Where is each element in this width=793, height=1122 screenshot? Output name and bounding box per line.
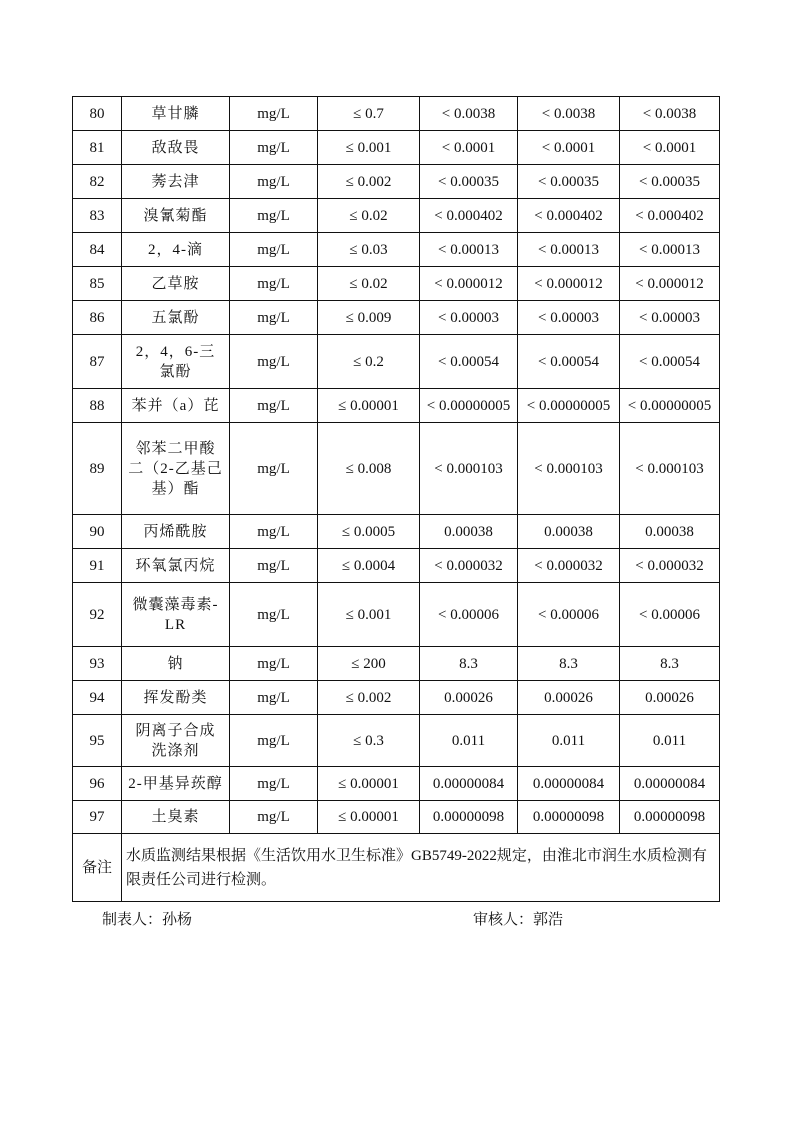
result-2: < 0.000402: [518, 199, 620, 233]
table-row: 83溴氰菊酯mg/L≤ 0.02< 0.000402< 0.000402< 0.…: [73, 199, 720, 233]
result-3: < 0.00035: [620, 165, 720, 199]
item-name: 2，4，6-三氯酚: [122, 335, 230, 389]
result-1: 0.00000084: [420, 767, 518, 801]
item-name: 阴离子合成洗涤剂: [122, 715, 230, 767]
item-name: 苯并（a）芘: [122, 389, 230, 423]
row-number: 86: [73, 301, 122, 335]
result-2: < 0.00054: [518, 335, 620, 389]
result-1: < 0.000103: [420, 423, 518, 515]
row-number: 94: [73, 681, 122, 715]
unit: mg/L: [230, 767, 318, 801]
remark-row: 备注 水质监测结果根据《生活饮用水卫生标准》GB5749-2022规定，由淮北市…: [73, 834, 720, 902]
result-2: < 0.00000005: [518, 389, 620, 423]
unit: mg/L: [230, 549, 318, 583]
unit: mg/L: [230, 267, 318, 301]
remark-label: 备注: [73, 834, 122, 902]
item-name: 敌敌畏: [122, 131, 230, 165]
result-2: < 0.00035: [518, 165, 620, 199]
unit: mg/L: [230, 301, 318, 335]
result-1: < 0.0001: [420, 131, 518, 165]
standard-limit: ≤ 0.00001: [318, 767, 420, 801]
result-1: < 0.00000005: [420, 389, 518, 423]
table-row: 92微囊藻毒素-LRmg/L≤ 0.001< 0.00006< 0.00006<…: [73, 583, 720, 647]
standard-limit: ≤ 200: [318, 647, 420, 681]
result-3: < 0.000032: [620, 549, 720, 583]
result-1: < 0.00003: [420, 301, 518, 335]
item-name: 2-甲基异莰醇: [122, 767, 230, 801]
item-name: 2，4-滴: [122, 233, 230, 267]
standard-limit: ≤ 0.002: [318, 681, 420, 715]
standard-limit: ≤ 0.00001: [318, 801, 420, 834]
row-number: 95: [73, 715, 122, 767]
row-number: 90: [73, 515, 122, 549]
row-number: 85: [73, 267, 122, 301]
item-name: 草甘膦: [122, 97, 230, 131]
item-name: 丙烯酰胺: [122, 515, 230, 549]
result-3: < 0.00006: [620, 583, 720, 647]
table-row: 962-甲基异莰醇mg/L≤ 0.000010.000000840.000000…: [73, 767, 720, 801]
unit: mg/L: [230, 715, 318, 767]
standard-limit: ≤ 0.03: [318, 233, 420, 267]
result-2: < 0.0001: [518, 131, 620, 165]
reviewed-by: 审核人：郭浩: [473, 908, 563, 929]
unit: mg/L: [230, 97, 318, 131]
result-3: < 0.00003: [620, 301, 720, 335]
standard-limit: ≤ 0.02: [318, 199, 420, 233]
standard-limit: ≤ 0.001: [318, 583, 420, 647]
row-number: 81: [73, 131, 122, 165]
result-3: 0.011: [620, 715, 720, 767]
result-1: < 0.00006: [420, 583, 518, 647]
result-1: 0.00000098: [420, 801, 518, 834]
result-1: 8.3: [420, 647, 518, 681]
table-row: 80草甘膦mg/L≤ 0.7< 0.0038< 0.0038< 0.0038: [73, 97, 720, 131]
table-body: 80草甘膦mg/L≤ 0.7< 0.0038< 0.0038< 0.003881…: [73, 97, 720, 834]
result-2: < 0.00003: [518, 301, 620, 335]
item-name: 溴氰菊酯: [122, 199, 230, 233]
result-2: < 0.000032: [518, 549, 620, 583]
table-row: 86五氯酚mg/L≤ 0.009< 0.00003< 0.00003< 0.00…: [73, 301, 720, 335]
item-name: 微囊藻毒素-LR: [122, 583, 230, 647]
standard-limit: ≤ 0.002: [318, 165, 420, 199]
table-row: 93钠mg/L≤ 2008.38.38.3: [73, 647, 720, 681]
result-2: 0.00026: [518, 681, 620, 715]
row-number: 80: [73, 97, 122, 131]
standard-limit: ≤ 0.00001: [318, 389, 420, 423]
row-number: 91: [73, 549, 122, 583]
row-number: 87: [73, 335, 122, 389]
table-row: 90丙烯酰胺mg/L≤ 0.00050.000380.000380.00038: [73, 515, 720, 549]
row-number: 92: [73, 583, 122, 647]
table-row: 95阴离子合成洗涤剂mg/L≤ 0.30.0110.0110.011: [73, 715, 720, 767]
table-row: 89邻苯二甲酸二（2-乙基己基）酯mg/L≤ 0.008< 0.000103< …: [73, 423, 720, 515]
table-row: 91环氧氯丙烷mg/L≤ 0.0004< 0.000032< 0.000032<…: [73, 549, 720, 583]
row-number: 89: [73, 423, 122, 515]
standard-limit: ≤ 0.001: [318, 131, 420, 165]
result-3: < 0.00000005: [620, 389, 720, 423]
table-row: 97土臭素mg/L≤ 0.000010.000000980.000000980.…: [73, 801, 720, 834]
table-row: 842，4-滴mg/L≤ 0.03< 0.00013< 0.00013< 0.0…: [73, 233, 720, 267]
standard-limit: ≤ 0.02: [318, 267, 420, 301]
row-number: 84: [73, 233, 122, 267]
result-3: < 0.0001: [620, 131, 720, 165]
row-number: 97: [73, 801, 122, 834]
result-3: < 0.000012: [620, 267, 720, 301]
result-1: < 0.000402: [420, 199, 518, 233]
standard-limit: ≤ 0.0004: [318, 549, 420, 583]
item-name: 邻苯二甲酸二（2-乙基己基）酯: [122, 423, 230, 515]
result-2: 0.00000098: [518, 801, 620, 834]
row-number: 96: [73, 767, 122, 801]
result-3: 8.3: [620, 647, 720, 681]
unit: mg/L: [230, 233, 318, 267]
result-2: < 0.00006: [518, 583, 620, 647]
water-quality-table: 80草甘膦mg/L≤ 0.7< 0.0038< 0.0038< 0.003881…: [72, 96, 720, 902]
result-1: < 0.000032: [420, 549, 518, 583]
item-name: 莠去津: [122, 165, 230, 199]
table-row: 88苯并（a）芘mg/L≤ 0.00001< 0.00000005< 0.000…: [73, 389, 720, 423]
result-2: < 0.0038: [518, 97, 620, 131]
table-row: 85乙草胺mg/L≤ 0.02< 0.000012< 0.000012< 0.0…: [73, 267, 720, 301]
unit: mg/L: [230, 389, 318, 423]
unit: mg/L: [230, 647, 318, 681]
result-3: < 0.000402: [620, 199, 720, 233]
prepared-by: 制表人：孙杨: [102, 908, 192, 929]
unit: mg/L: [230, 165, 318, 199]
result-3: 0.00000098: [620, 801, 720, 834]
standard-limit: ≤ 0.0005: [318, 515, 420, 549]
result-1: 0.00038: [420, 515, 518, 549]
result-3: < 0.00013: [620, 233, 720, 267]
standard-limit: ≤ 0.3: [318, 715, 420, 767]
result-2: < 0.00013: [518, 233, 620, 267]
result-3: 0.00000084: [620, 767, 720, 801]
row-number: 83: [73, 199, 122, 233]
result-3: < 0.000103: [620, 423, 720, 515]
item-name: 土臭素: [122, 801, 230, 834]
result-1: < 0.00013: [420, 233, 518, 267]
result-3: 0.00038: [620, 515, 720, 549]
row-number: 93: [73, 647, 122, 681]
result-2: < 0.000012: [518, 267, 620, 301]
result-3: < 0.00054: [620, 335, 720, 389]
standard-limit: ≤ 0.7: [318, 97, 420, 131]
result-1: < 0.00054: [420, 335, 518, 389]
unit: mg/L: [230, 131, 318, 165]
table-row: 872，4，6-三氯酚mg/L≤ 0.2< 0.00054< 0.00054< …: [73, 335, 720, 389]
result-1: < 0.000012: [420, 267, 518, 301]
result-1: 0.00026: [420, 681, 518, 715]
row-number: 88: [73, 389, 122, 423]
result-2: 0.00000084: [518, 767, 620, 801]
result-3: < 0.0038: [620, 97, 720, 131]
unit: mg/L: [230, 681, 318, 715]
standard-limit: ≤ 0.008: [318, 423, 420, 515]
result-1: 0.011: [420, 715, 518, 767]
result-2: 0.011: [518, 715, 620, 767]
item-name: 乙草胺: [122, 267, 230, 301]
table-row: 81敌敌畏mg/L≤ 0.001< 0.0001< 0.0001< 0.0001: [73, 131, 720, 165]
table-row: 82莠去津mg/L≤ 0.002< 0.00035< 0.00035< 0.00…: [73, 165, 720, 199]
table-row: 94挥发酚类mg/L≤ 0.0020.000260.000260.00026: [73, 681, 720, 715]
unit: mg/L: [230, 423, 318, 515]
item-name: 五氯酚: [122, 301, 230, 335]
result-2: 0.00038: [518, 515, 620, 549]
unit: mg/L: [230, 335, 318, 389]
result-1: < 0.0038: [420, 97, 518, 131]
unit: mg/L: [230, 515, 318, 549]
unit: mg/L: [230, 801, 318, 834]
item-name: 钠: [122, 647, 230, 681]
item-name: 环氧氯丙烷: [122, 549, 230, 583]
remark-text: 水质监测结果根据《生活饮用水卫生标准》GB5749-2022规定，由淮北市润生水…: [122, 834, 720, 902]
result-2: < 0.000103: [518, 423, 620, 515]
standard-limit: ≤ 0.2: [318, 335, 420, 389]
result-3: 0.00026: [620, 681, 720, 715]
result-2: 8.3: [518, 647, 620, 681]
unit: mg/L: [230, 583, 318, 647]
unit: mg/L: [230, 199, 318, 233]
item-name: 挥发酚类: [122, 681, 230, 715]
result-1: < 0.00035: [420, 165, 518, 199]
standard-limit: ≤ 0.009: [318, 301, 420, 335]
row-number: 82: [73, 165, 122, 199]
